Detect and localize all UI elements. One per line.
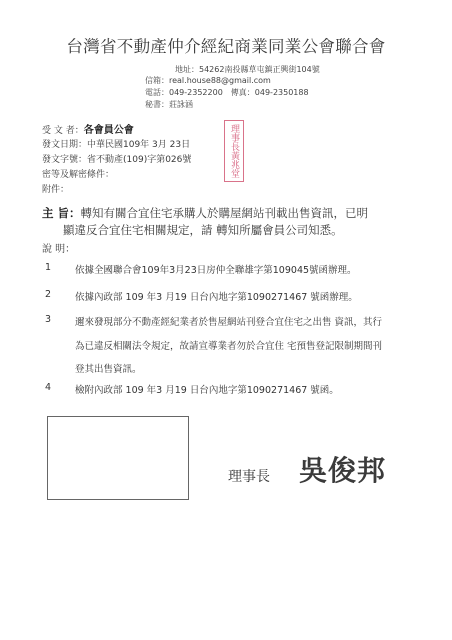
classification: 密等及解密條件： (42, 167, 114, 180)
recipient-value: 各會員公會 (84, 125, 134, 136)
attachment: 附件： (42, 182, 69, 195)
recipient-label: 受 文 者： (42, 126, 84, 136)
signatory-title: 理事長 (228, 466, 270, 486)
explanation-label: 說 明： (42, 240, 75, 255)
subject-line-2: 顯違反合宜住宅相關規定，請 轉知所屬會員公司知悉。 (63, 222, 343, 238)
signatory-name: 吳俊邦 (299, 449, 386, 489)
item-number-4: 4 (45, 382, 51, 393)
email: 信箱：real.house88@gmail.com (145, 75, 271, 86)
item-text-1: 依據全國聯合會109年3月23日房仲全聯雄字第109045號函辦理。 (75, 262, 357, 276)
subject-line-1: 主 旨：轉知有關合宜住宅承購人於購屋網站刊載出售資訊，已明 (42, 205, 368, 221)
item-number-2: 2 (45, 289, 51, 300)
official-seal-stamp: 理事長黃兆堂 (224, 120, 244, 182)
item-text-2: 依據內政部 109 年3 月19 日台內地字第1090271467 號函辦理。 (75, 289, 358, 303)
item-text-3-line-2: 為已違反相關法令規定，故請宣導業者勿於合宜住 宅預售登記限制期間刊 (75, 338, 382, 352)
subject-label: 主 旨： (42, 206, 81, 220)
secretary: 秘書：莊詠涵 (145, 99, 193, 110)
seal-placeholder-box (47, 416, 189, 500)
subject-text-1: 轉知有關合宜住宅承購人於購屋網站刊載出售資訊，已明 (81, 206, 369, 220)
item-text-3-line-1: 邇來發現部分不動產經紀業者於售屋網站刊登合宜住宅之出售 資訊，其行 (75, 314, 382, 328)
item-number-3: 3 (45, 314, 51, 325)
phone-fax: 電話：049-2352200 傳真：049-2350188 (145, 87, 309, 98)
item-number-1: 1 (45, 262, 51, 273)
organization-title: 台灣省不動產仲介經紀商業同業公會聯合會 (0, 33, 452, 57)
address: 地址：54262南投縣草屯鎮正興街104號 (175, 64, 320, 75)
document-number: 發文字號：省不動產(109)字第026號 (42, 152, 191, 165)
item-text-3-line-3: 登其出售資訊。 (75, 361, 142, 375)
issue-date: 發文日期：中華民國109年 3月 23日 (42, 137, 190, 150)
recipient: 受 文 者：各會員公會 (42, 121, 134, 136)
item-text-4: 檢附內政部 109 年3 月19 日台內地字第1090271467 號函。 (75, 382, 339, 396)
